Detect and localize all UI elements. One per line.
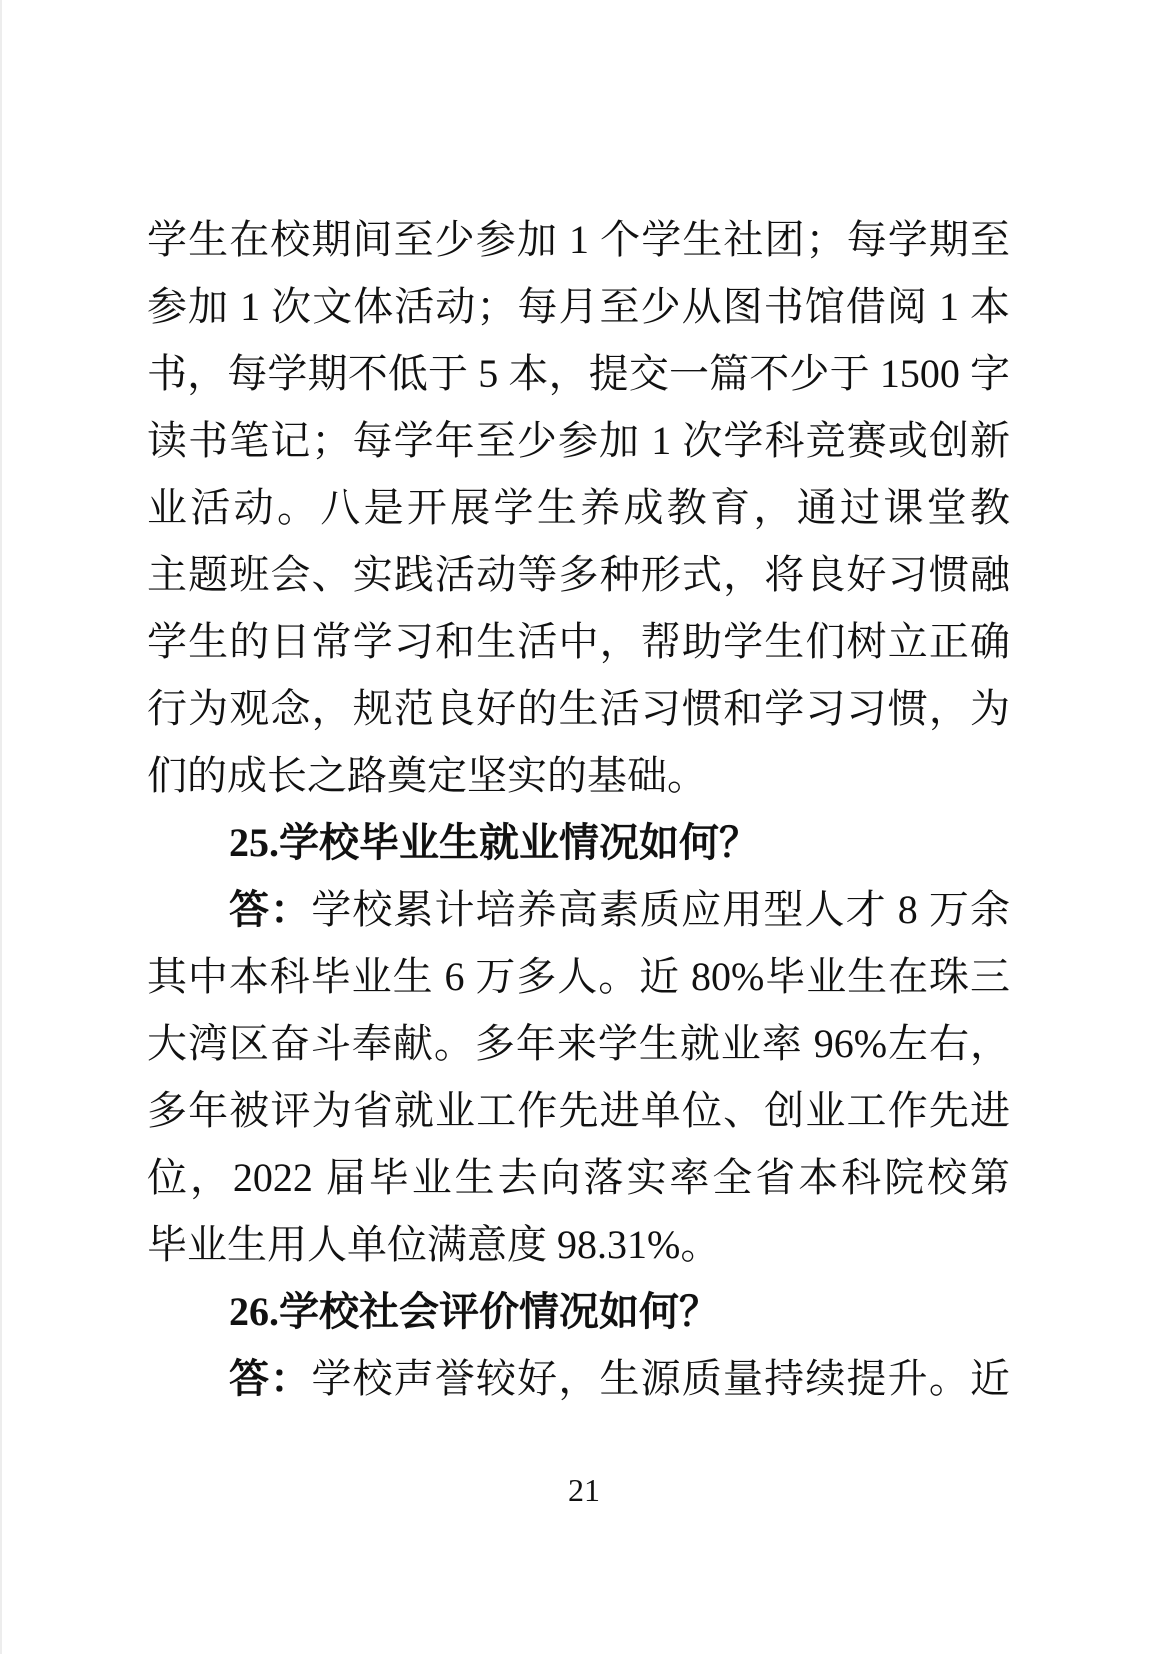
answer-line: 答：学校累计培养高素质应用型人才 8 万余人， [147,876,1010,943]
page-number: 21 [2,1472,1166,1508]
text-line: 学生在校期间至少参加 1 个学生社团；每学期至少 [147,206,1010,273]
text-line: 学生的日常学习和生活中，帮助学生们树立正确的 [147,608,1010,675]
question-heading-26: 26.学校社会评价情况如何？ [147,1278,1010,1345]
text-line: 行为观念，规范良好的生活习惯和学习习惯，为他 [147,675,1010,742]
document-page: 学生在校期间至少参加 1 个学生社团；每学期至少 参加 1 次文体活动；每月至少… [0,0,1166,1654]
text-line: 其中本科毕业生 6 万多人。近 80%毕业生在珠三角和 [147,943,1010,1010]
text-line: 参加 1 次文体活动；每月至少从图书馆借阅 1 本图 [147,273,1010,340]
answer-label: 答： [229,887,311,932]
text-line: 读书笔记；每学年至少参加 1 次学科竞赛或创新创 [147,407,1010,474]
answer-label: 答： [229,1356,311,1401]
question-heading-25: 25.学校毕业生就业情况如何？ [147,809,1010,876]
text-line: 毕业生用人单位满意度 98.31%。 [147,1211,1010,1278]
text-content: 学生在校期间至少参加 1 个学生社团；每学期至少 参加 1 次文体活动；每月至少… [147,206,1010,1412]
text-line: 业活动。八是开展学生养成教育，通过课堂教学、 [147,474,1010,541]
text-line: 主题班会、实践活动等多种形式，将良好习惯融入 [147,541,1010,608]
text-line: 位，2022 届毕业生去向落实率全省本科院校第一， [147,1144,1010,1211]
text-line: 大湾区奋斗奉献。多年来学生就业率 96%左右，连续 [147,1010,1010,1077]
text-line: 们的成长之路奠定坚实的基础。 [147,742,1010,809]
answer-line: 答：学校声誉较好，生源质量持续提升。近三 [147,1345,1010,1412]
text-line: 书，每学期不低于 5 本，提交一篇不少于 1500 字的 [147,340,1010,407]
text-line: 多年被评为省就业工作先进单位、创业工作先进单 [147,1077,1010,1144]
